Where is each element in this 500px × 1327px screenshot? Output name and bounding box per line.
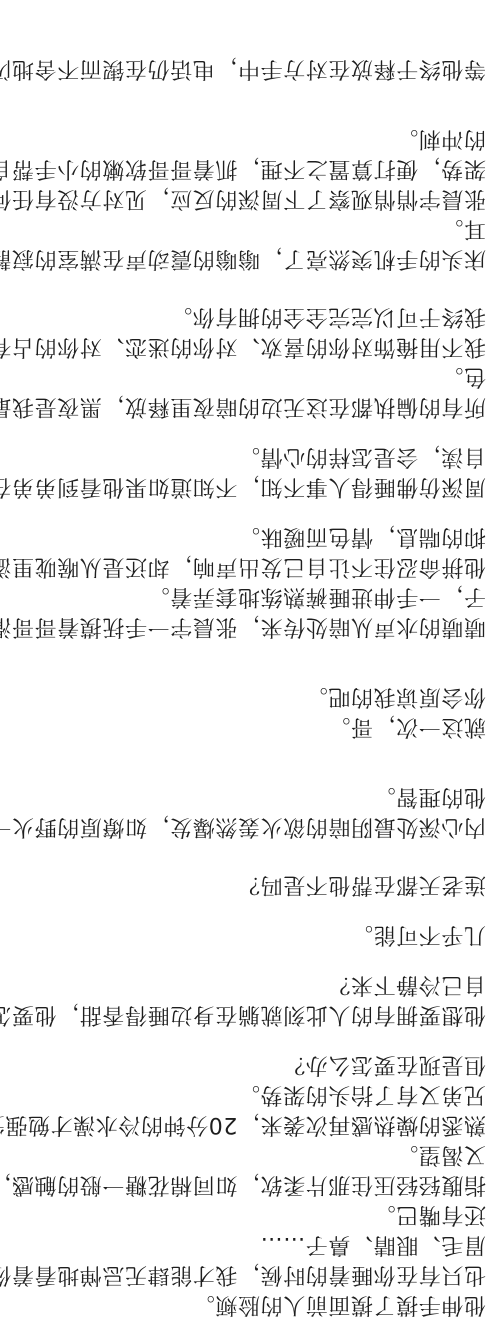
text-line: 他伸手摸了摸面前人的脸颊。	[14, 1289, 486, 1319]
text-line: 还有嘴巴。	[14, 1199, 486, 1229]
paragraph-14: 啧啧的水声从暗处传来，张晨宇一手抚摸着哥哥滑腻的身 子，一手伸进睡裤熟练地套弄着…	[14, 581, 486, 641]
text-line: 子，一手伸进睡裤熟练地套弄着。	[14, 581, 486, 611]
paragraph-3: 眉毛、眼睛、鼻子……	[14, 1229, 486, 1259]
text-line: 的冲刺。	[14, 123, 486, 153]
paragraph-21: 张晨宇悄悄观察了下周深的反应，见对方没有任何被吵醒的 架势，便打算置之不理，抓着…	[14, 123, 486, 213]
paragraph-17: 所有的偏执都在这无边的暗夜里释放，黑夜是我最好的保护 色。	[14, 361, 486, 421]
text-line: 架势，便打算置之不理，抓着哥哥软嫩的小手帮自己做最后	[14, 153, 486, 183]
paragraph-15: 他拼命忍住不让自己发出声响，却还是从喉咙里溢出一丝压 抑的喘息，情色而暧昧。	[14, 521, 486, 581]
text-line: 耳。	[14, 213, 486, 243]
text-line: 啧啧的水声从暗处传来，张晨宇一手抚摸着哥哥滑腻的身	[14, 611, 486, 641]
text-line: 但是现在要怎么办？	[14, 1049, 486, 1079]
rotated-text-page: 他伸手摸了摸面前人的脸颊。 也只有在你睡着的时候，我才能肆无忌惮地看着你。 眉毛…	[0, 0, 500, 1327]
paragraph-9: 几乎不可能。	[14, 919, 486, 949]
text-line: 自己冷静下来？	[14, 969, 486, 999]
text-line: 我终于可以完完全全的拥有你。	[14, 301, 486, 331]
text-line: 又渴望。	[14, 1139, 486, 1169]
paragraph-10: 连老天都在帮他不是吗？	[14, 869, 486, 899]
paragraph-12: 就这一次，哥。	[14, 711, 486, 741]
text-line: 内心深处最阴暗的欲火轰然爆发，如燎原的野火一般吞噬了	[14, 811, 486, 841]
text-line: 周深仿佛睡得人事不知，不知道如果他看到弟弟在对着自己	[14, 471, 486, 501]
text-line: 也只有在你睡着的时候，我才能肆无忌惮地看着你。	[14, 1259, 486, 1289]
text-line: 连老天都在帮他不是吗？	[14, 869, 486, 899]
paragraph-8: 他想要拥有的人此刻就躺在身边睡得香甜，他要怎样才能让 自己冷静下来？	[14, 969, 486, 1029]
paragraph-6: 熟悉的燥热感再次袭来，20分钟的冷水澡才勉强安抚住的小 兄弟又有了抬头的架势。	[14, 1079, 486, 1139]
paragraph-11: 内心深处最阴暗的欲火轰然爆发，如燎原的野火一般吞噬了 他的理智。	[14, 781, 486, 841]
paragraph-4: 还有嘴巴。	[14, 1199, 486, 1229]
text-line: 所有的偏执都在这无边的暗夜里释放，黑夜是我最好的保护	[14, 391, 486, 421]
text-line: 几乎不可能。	[14, 919, 486, 949]
paragraph-19: 我终于可以完完全全的拥有你。	[14, 301, 486, 331]
text-line: 我不用掩饰对你的喜欢、对你的迷恋、对你的占有欲。	[14, 331, 486, 361]
text-line: 熟悉的燥热感再次袭来，20分钟的冷水澡才勉强安抚住的小	[14, 1109, 486, 1139]
text-line: 床头的手机突然亮了，嗡嗡的震动声在满室的寂静中异常刺	[14, 243, 486, 273]
text-line: 你会原谅我的吧。	[14, 681, 486, 711]
text-line: 抑的喘息，情色而暧昧。	[14, 521, 486, 551]
text-line: 他的理智。	[14, 781, 486, 811]
text-line: 等他终于释放在对方手中，电话仍在锲而不舍地闪烁着。	[14, 53, 486, 83]
text-line: 色。	[14, 361, 486, 391]
paragraph-2: 也只有在你睡着的时候，我才能肆无忌惮地看着你。	[14, 1259, 486, 1289]
paragraph-16: 周深仿佛睡得人事不知，不知道如果他看到弟弟在对着自己 自渎，会是怎样的心情。	[14, 441, 486, 501]
text-line: 他拼命忍住不让自己发出声响，却还是从喉咙里溢出一丝压	[14, 551, 486, 581]
text-line: 眉毛、眼睛、鼻子……	[14, 1229, 486, 1259]
text-line: 张晨宇悄悄观察了下周深的反应，见对方没有任何被吵醒的	[14, 183, 486, 213]
paragraph-18: 我不用掩饰对你的喜欢、对你的迷恋、对你的占有欲。	[14, 331, 486, 361]
text-line: 自渎，会是怎样的心情。	[14, 441, 486, 471]
text-line: 指腹轻轻压住那片柔软，如同棉花糖一般的触感，让人迷恋	[14, 1169, 486, 1199]
paragraph-1: 他伸手摸了摸面前人的脸颊。	[14, 1289, 486, 1319]
text-line: 他想要拥有的人此刻就躺在身边睡得香甜，他要怎样才能让	[14, 999, 486, 1029]
paragraph-20: 床头的手机突然亮了，嗡嗡的震动声在满室的寂静中异常刺 耳。	[14, 213, 486, 273]
text-line: 就这一次，哥。	[14, 711, 486, 741]
text-line: 兄弟又有了抬头的架势。	[14, 1079, 486, 1109]
paragraph-22: 等他终于释放在对方手中，电话仍在锲而不舍地闪烁着。	[14, 53, 486, 83]
paragraph-5: 指腹轻轻压住那片柔软，如同棉花糖一般的触感，让人迷恋 又渴望。	[14, 1139, 486, 1199]
paragraph-7: 但是现在要怎么办？	[14, 1049, 486, 1079]
paragraph-13: 你会原谅我的吧。	[14, 681, 486, 711]
